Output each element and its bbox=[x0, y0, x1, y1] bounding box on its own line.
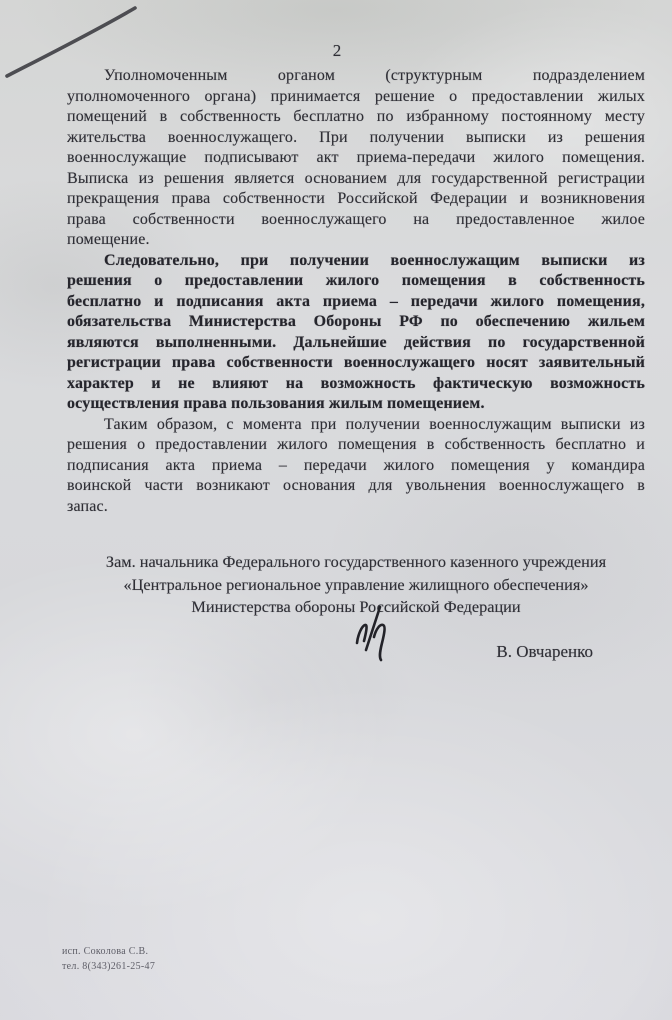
handwritten-signature-icon bbox=[349, 603, 399, 665]
text-line: прекращения права собственности Российск… bbox=[67, 189, 645, 210]
text-line: уполномоченного органа) принимается реше… bbox=[67, 87, 645, 108]
text-line: бесплатно и подписания акта приема – пер… bbox=[67, 292, 645, 313]
footer-executor: исп. Соколова С.В. bbox=[62, 944, 155, 959]
signature-block: Зам. начальника Федерального государстве… bbox=[67, 551, 645, 677]
signer-name: В. Овчаренко bbox=[496, 641, 593, 664]
text-line: военнослужащие подписывают акт приема-пе… bbox=[67, 148, 645, 169]
document-photo: 2 Уполномоченным органом (структурным по… bbox=[0, 0, 672, 1020]
paragraph-2-bold: Следовательно, при получении военнослужа… bbox=[67, 251, 645, 415]
text-line: Таким образом, с момента при получении в… bbox=[67, 415, 645, 436]
text-line: Уполномоченным органом (структурным подр… bbox=[67, 66, 645, 87]
text-line: жительства военнослужащего. При получени… bbox=[67, 128, 645, 149]
paragraph-1: Уполномоченным органом (структурным подр… bbox=[67, 66, 645, 251]
text-line: решения о предоставлении жилого помещени… bbox=[67, 435, 645, 456]
text-line: подписания акта приема – передачи жилого… bbox=[67, 456, 645, 477]
text-line: Следовательно, при получении военнослужа… bbox=[67, 251, 645, 272]
text-line: воинской части возникают основания для у… bbox=[67, 476, 645, 497]
document-footer: исп. Соколова С.В. тел. 8(343)261-25-47 bbox=[62, 944, 155, 974]
text-line: помещений в собственность бесплатно по и… bbox=[67, 107, 645, 128]
text-line: обязательства Министерства Обороны РФ по… bbox=[67, 312, 645, 333]
text-line: Выписка из решения является основанием д… bbox=[67, 169, 645, 190]
page-number: 2 bbox=[48, 40, 626, 62]
paragraph-3: Таким образом, с момента при получении в… bbox=[67, 415, 645, 518]
footer-phone: тел. 8(343)261-25-47 bbox=[62, 959, 155, 974]
text-line: решения о предоставлении жилого помещени… bbox=[67, 271, 645, 292]
text-line: регистрации права собственности военносл… bbox=[67, 353, 645, 374]
signature-line: «Центральное региональное управление жил… bbox=[67, 574, 645, 597]
text-line: права собственности военнослужащего на п… bbox=[67, 210, 645, 231]
text-line: помещение. bbox=[67, 230, 645, 251]
text-line: являются выполненными. Дальнейшие действ… bbox=[67, 333, 645, 354]
signature-row: В. Овчаренко bbox=[67, 619, 645, 677]
text-line: запас. bbox=[67, 497, 645, 518]
paper-sheet: 2 Уполномоченным органом (структурным по… bbox=[67, 40, 645, 677]
signature-line: Зам. начальника Федерального государстве… bbox=[67, 551, 645, 574]
text-line: характер и не влияют на возможность факт… bbox=[67, 374, 645, 395]
text-line: осуществления права пользования жилым по… bbox=[67, 394, 645, 415]
